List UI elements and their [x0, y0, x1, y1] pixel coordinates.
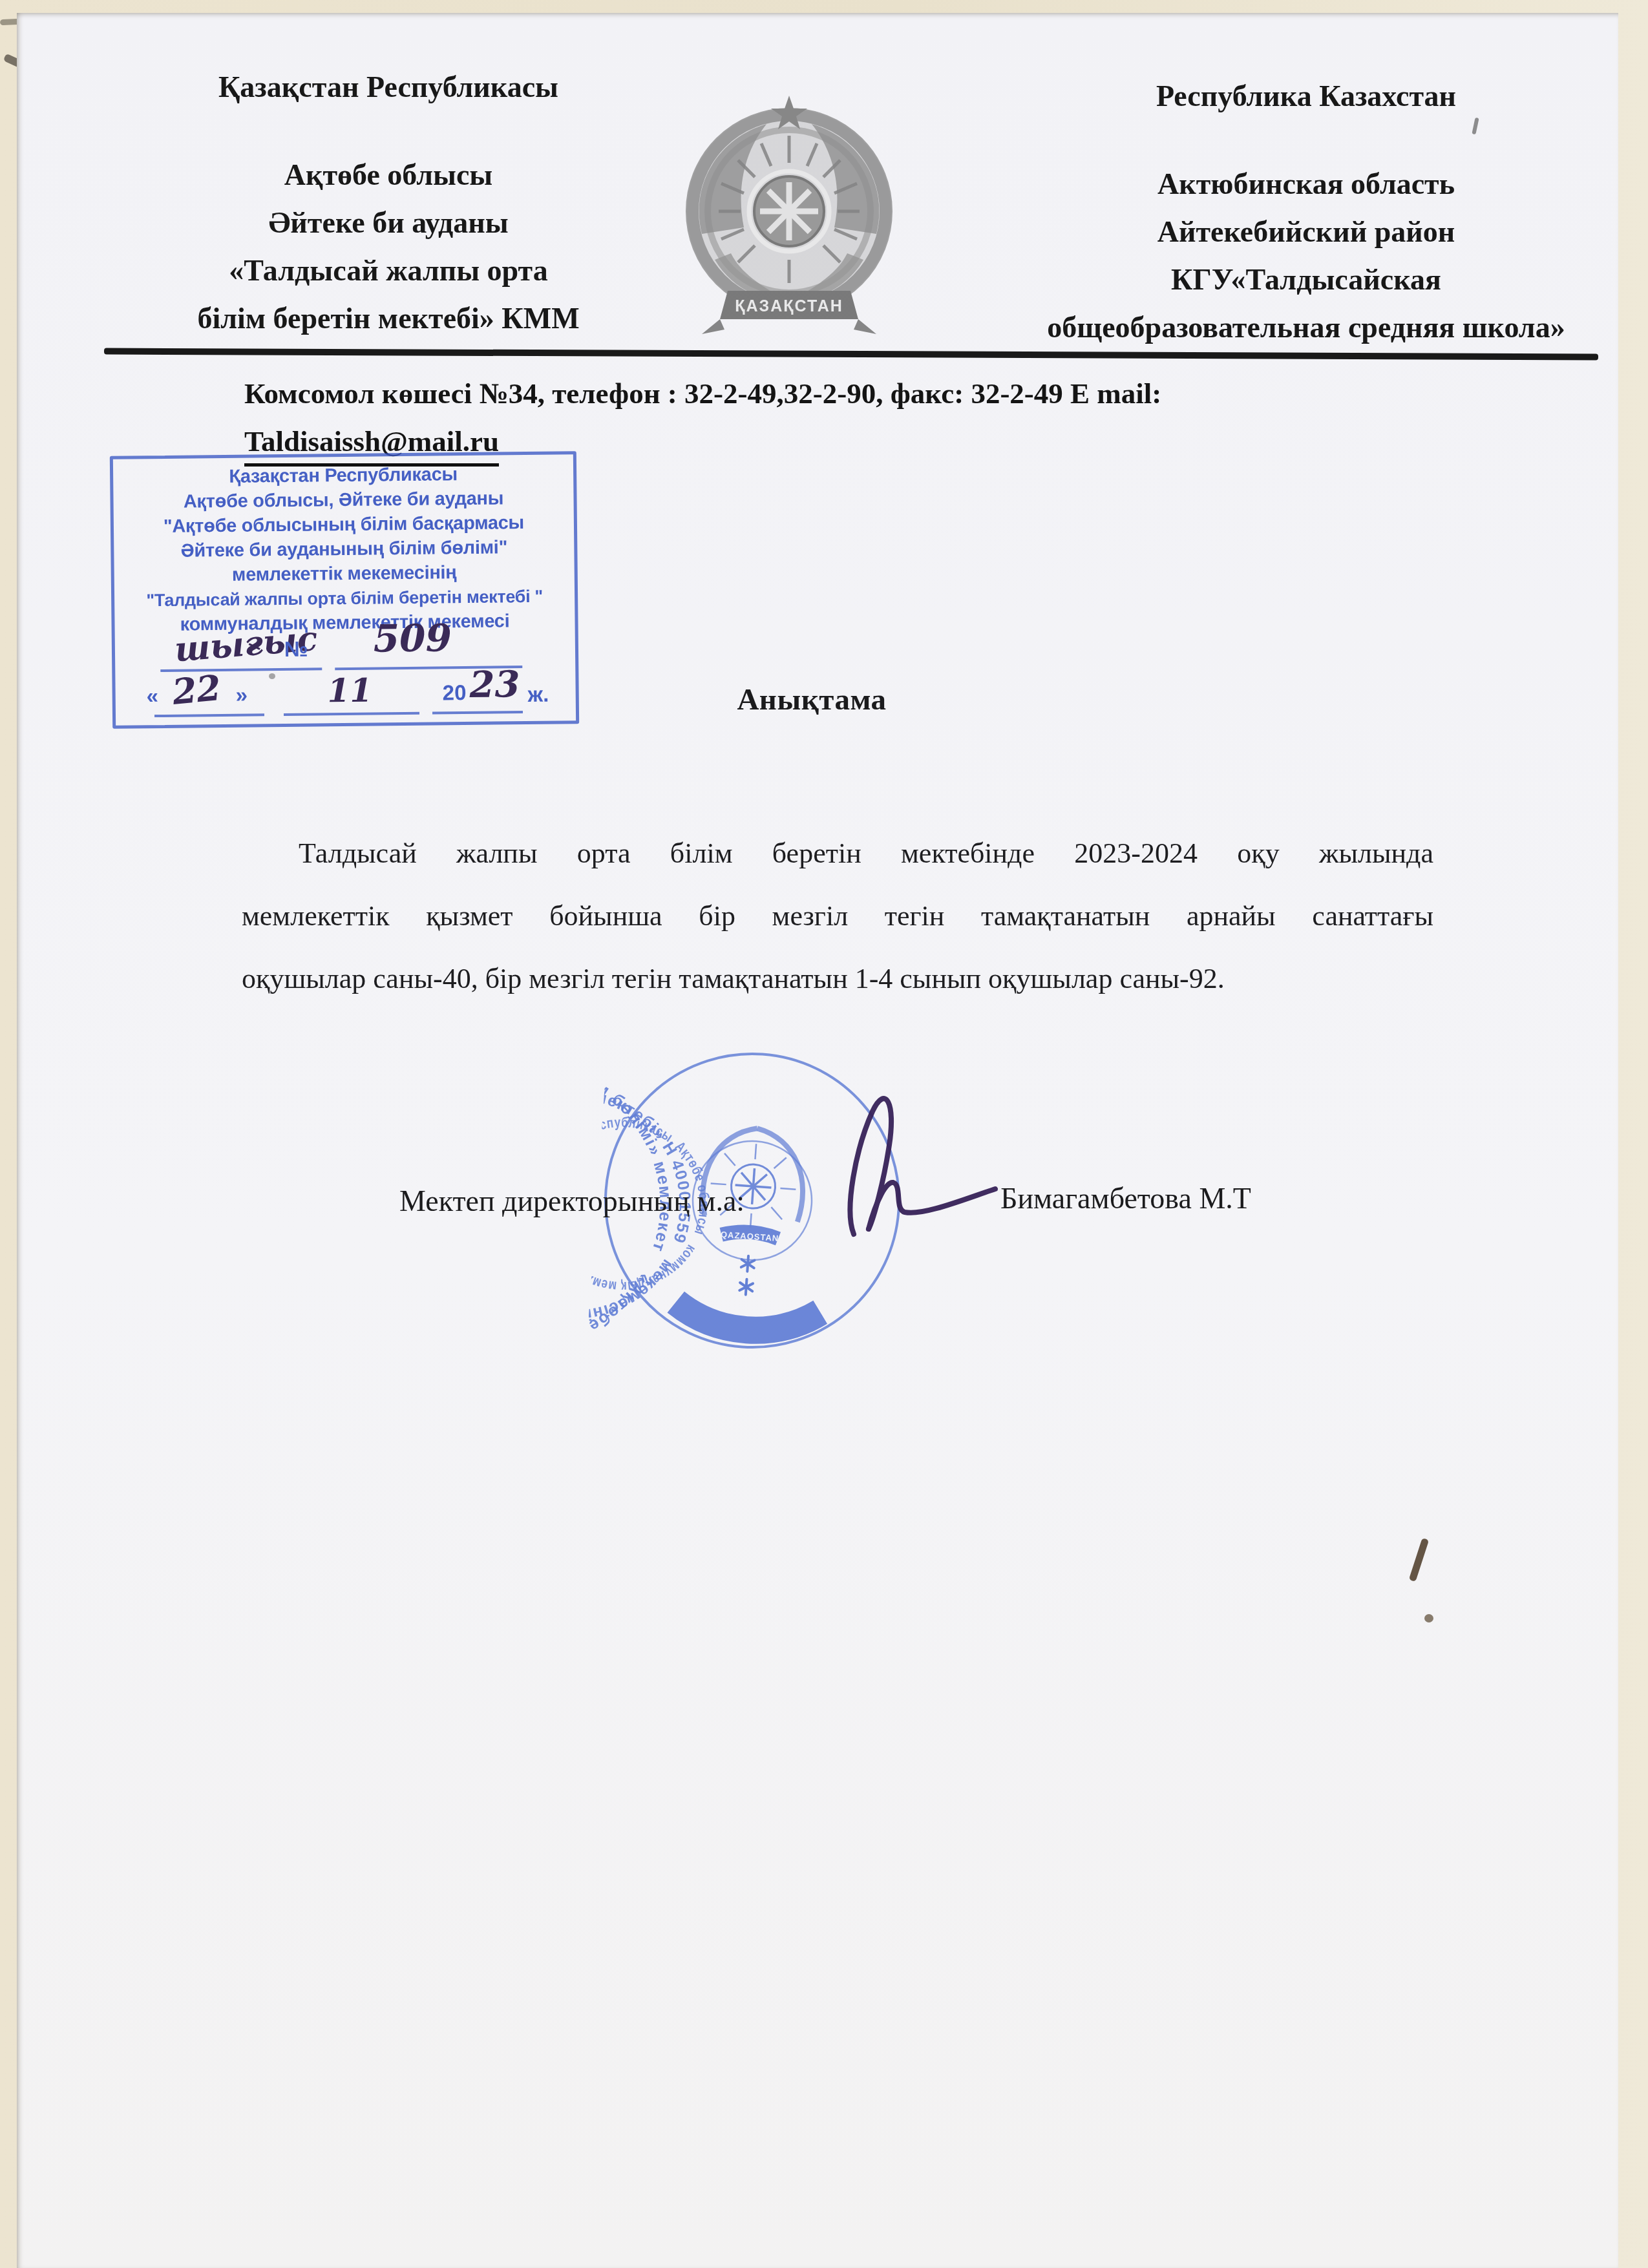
header-line: Ақтөбе облысы: [78, 151, 699, 199]
address-phone-line: Комсомол көшесі №34, телефон : 32-2-49,3…: [244, 372, 1161, 415]
header-line: Айтекебийский район: [999, 208, 1613, 256]
header-line: білім беретін мектебі» КММ: [78, 295, 699, 342]
emblem-banner-text: ҚАЗАҚСТАН: [735, 297, 843, 315]
seal-stars: [739, 1255, 755, 1295]
body-line: Талдысай жалпы орта білім беретін мектеб…: [242, 822, 1433, 885]
ink-speck: [269, 673, 275, 679]
contact-info: Комсомол көшесі №34, телефон : 32-2-49,3…: [244, 372, 1161, 467]
signature-stroke: [825, 1073, 1019, 1260]
header-line: Әйтеке би ауданы: [78, 199, 699, 247]
printed-century: 20: [442, 680, 466, 705]
header-line: Қазақстан Республикасы: [78, 63, 699, 111]
date-line: [284, 712, 419, 716]
ink-speck: [1424, 1614, 1433, 1622]
year-suffix: ж.: [528, 682, 549, 707]
body-line: мемлекеттік қызмет бойынша бір мезгіл те…: [242, 885, 1433, 947]
header-line: «Талдысай жалпы орта: [78, 247, 699, 295]
number-sign: №: [284, 637, 308, 662]
date-line: [154, 713, 264, 717]
header-line: общеобразовательная средняя школа»: [999, 304, 1613, 352]
shanyrak-cross: [760, 182, 818, 240]
date-line: [432, 711, 523, 714]
org-name-kazakh: Қазақстан Республикасы Ақтөбе облысы Әйт…: [78, 63, 699, 342]
quote-close: »: [235, 683, 248, 708]
kazakhstan-emblem: ҚАЗАҚСТАН: [663, 85, 915, 344]
scanned-document: Қазақстан Республикасы Ақтөбе облысы Әйт…: [0, 0, 1648, 2268]
org-name-russian: Республика Казахстан Актюбинская область…: [999, 72, 1613, 352]
seal-bottom-band: [674, 1302, 820, 1335]
body-line: оқушылар саны-40, бір мезгіл тегін тамақ…: [242, 947, 1433, 1010]
quote-open: «: [147, 684, 159, 708]
document-page: Қазақстан Республикасы Ақтөбе облысы Әйт…: [17, 13, 1618, 2268]
header-line: Актюбинская область: [999, 160, 1613, 208]
registration-stamp: Қазақстан Республикасы Ақтөбе облысы, Әй…: [110, 451, 579, 729]
header-line: КГУ«Талдысайская: [999, 256, 1613, 304]
handwritten-year: 23: [469, 663, 520, 706]
header-line: Республика Казахстан: [999, 72, 1613, 120]
handwritten-month: 11: [327, 671, 372, 710]
ink-speck: [1409, 1538, 1429, 1582]
signature-role: Мектеп директорының м.а:: [399, 1184, 745, 1218]
signature-name: Бимагамбетова М.Т: [1000, 1181, 1251, 1215]
handwritten-day: 22: [171, 667, 223, 713]
handwritten-reg-number: 509: [373, 616, 452, 660]
body-paragraph: Талдысай жалпы орта білім беретін мектеб…: [242, 822, 1433, 1010]
document-title: Анықтама: [676, 682, 947, 717]
stamp-line: Әйтеке би ауданының білім бөлімі": [114, 534, 574, 563]
